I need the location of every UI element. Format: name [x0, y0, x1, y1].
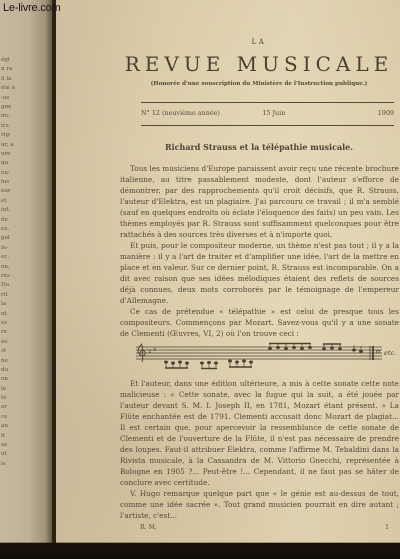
- facing-page-text-fragment: de: [1, 216, 17, 225]
- facing-page-text-fragment: il la: [1, 75, 17, 84]
- facing-page-text-fragment: se: [1, 441, 17, 450]
- paragraph: Tous les musiciens d'Europe paraissent a…: [120, 163, 399, 240]
- facing-page-text-fragment: ut: [1, 450, 17, 459]
- facing-page-text-fragment: ure: [1, 150, 17, 159]
- facing-page-text-fragment: es: [1, 319, 17, 328]
- facing-page-text-fragment: gal: [1, 234, 17, 243]
- facing-page-text-fragment: ur, a: [1, 141, 17, 150]
- facing-page-text-fragment: rig-: [1, 131, 17, 140]
- facing-page-text-fragment: it: [1, 432, 17, 441]
- facing-page-text-fragment: qu: [1, 159, 17, 168]
- facing-page-text-fragment: été à: [1, 84, 17, 93]
- facing-page-text-fragment: iut.: [1, 206, 17, 215]
- facing-page-text-fragment: gne: [1, 103, 17, 112]
- footer-mark: R. M.: [140, 524, 157, 531]
- facing-page-edge: égln rail laété à-usgneinc.ics.rig-ur, a…: [0, 0, 52, 543]
- facing-page-text-fragment: rit: [1, 291, 17, 300]
- facing-page-text-fragment: ics.: [1, 122, 17, 131]
- facing-page-text-fragment: ce: [1, 413, 17, 422]
- facing-page-text-fragment: is: [1, 460, 17, 469]
- svg-text:♯: ♯: [148, 348, 151, 356]
- page-footer: R. M. 1: [120, 524, 399, 531]
- facing-page-text-fragment: le: [1, 385, 17, 394]
- masthead-title: REVUE MUSICALE: [120, 52, 398, 76]
- facing-page-text-fragment: du: [1, 366, 17, 375]
- issue-date: 15 Juin: [262, 109, 285, 117]
- masthead-subtitle: (Honorée d'une souscription du Ministère…: [120, 81, 398, 87]
- key-signature-sharps: ♯♯: [148, 346, 156, 356]
- article-title: Richard Strauss et la télépathie musical…: [120, 142, 398, 152]
- issue-year: 1909: [378, 109, 394, 117]
- page-number: 1: [385, 524, 389, 531]
- facing-page-text-fragment: égl: [1, 56, 17, 65]
- facing-page-text-fragment: ne: [1, 357, 17, 366]
- facing-page-text-fragment: an: [1, 422, 17, 431]
- paragraph: V. Hugo remarque quelque part que « le g…: [120, 488, 399, 521]
- facing-page-text-fragment: on: [1, 375, 17, 384]
- facing-page-text-fragment: re: [1, 328, 17, 337]
- facing-page-text-fragment: ée: [1, 338, 17, 347]
- facing-page-text-fragment: ius: [1, 178, 17, 187]
- top-rule: [141, 102, 394, 103]
- scanned-page: égln rail laété à-usgneinc.ics.rig-ur, a…: [0, 0, 400, 559]
- facing-page-text-fragment: ie-: [1, 244, 17, 253]
- facing-page-text-fragment: eur: [1, 187, 17, 196]
- journal-page: LA REVUE MUSICALE (Honorée d'une souscri…: [56, 0, 400, 543]
- facing-page-text-fragment: st: [1, 347, 17, 356]
- music-etc-label: etc.: [384, 349, 396, 357]
- facing-page-text-fragment: ec.: [1, 253, 17, 262]
- facing-page-text-fragment: -us: [1, 94, 17, 103]
- facing-page-text-fragment: ou-: [1, 169, 17, 178]
- bottom-rule: [141, 125, 394, 126]
- bottom-scan-edge: [0, 542, 400, 559]
- music-staff: ♯♯: [120, 342, 399, 374]
- svg-text:♯: ♯: [153, 346, 156, 354]
- facing-page-text-fragment: la: [1, 300, 17, 309]
- facing-page-text-fragment: res: [1, 272, 17, 281]
- issue-line: N° 12 (neuvième année) 15 Juin 1909: [141, 109, 394, 117]
- facing-page-text-fragment: on,: [1, 263, 17, 272]
- facing-page-text-fragment: té: [1, 394, 17, 403]
- issue-number: N° 12 (neuvième année): [141, 109, 220, 117]
- paragraph: Ce cas de prétendue « télépathie » est c…: [120, 306, 399, 339]
- masthead: LA REVUE MUSICALE (Honorée d'une souscri…: [120, 38, 398, 87]
- facing-page-text-fragment: inc.: [1, 112, 17, 121]
- watermark: Le-livre.com: [3, 2, 61, 14]
- facing-page-text-fragment: nt: [1, 310, 17, 319]
- facing-page-text-fragment: et: [1, 197, 17, 206]
- paragraph: Et puis, pour le compositeur moderne, un…: [120, 240, 399, 306]
- facing-page-text-fragment: ex.: [1, 225, 17, 234]
- article-body: Tous les musiciens d'Europe paraissent a…: [120, 163, 399, 531]
- facing-page-text-fragment: er: [1, 403, 17, 412]
- facing-page-fragments: égln rail laété à-usgneinc.ics.rig-ur, a…: [1, 56, 17, 469]
- masthead-la: LA: [120, 38, 398, 46]
- facing-page-text-fragment: n ra: [1, 65, 17, 74]
- facing-page-text-fragment: Du: [1, 281, 17, 290]
- paragraph: Et l'auteur, dans une édition ultérieure…: [120, 378, 399, 488]
